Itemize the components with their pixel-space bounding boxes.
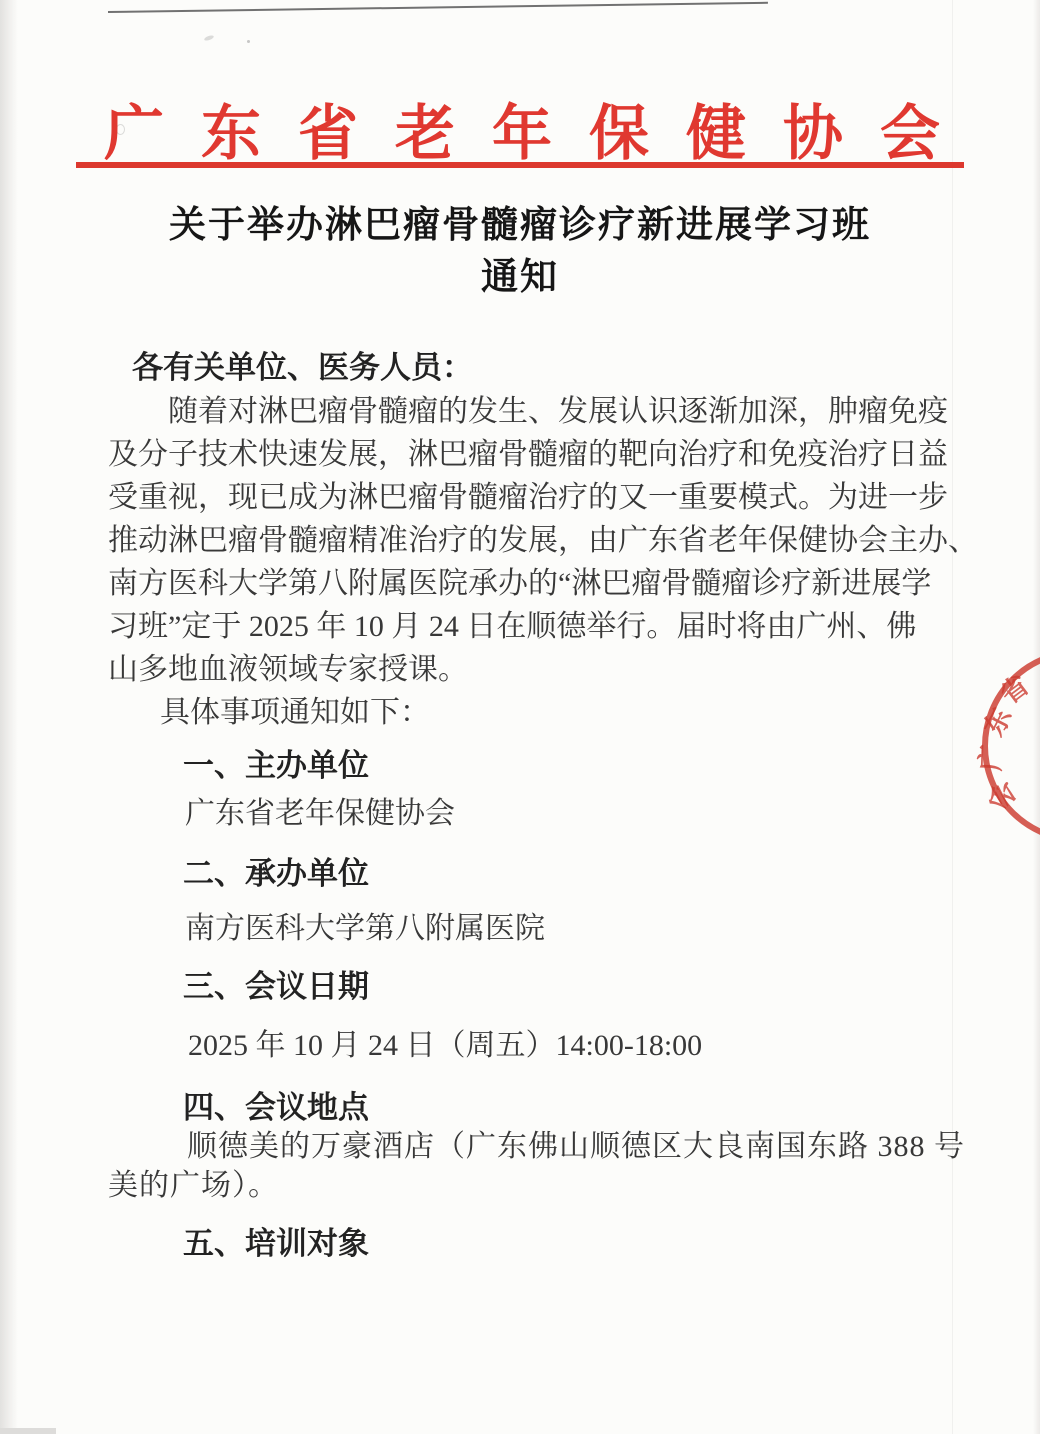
scan-speck — [247, 40, 250, 43]
intro-line: 南方医科大学第八附属医院承办的“淋巴瘤骨髓瘤诊疗新进展学 — [108, 558, 931, 602]
section-1-content: 广东省老年保健协会 — [185, 788, 455, 832]
seal-char: 省 — [995, 670, 1035, 710]
scan-top-artifact-line — [108, 2, 768, 13]
letterhead-org-name: 广东省老年保健协会 — [104, 86, 1004, 172]
intro-line: 随着对淋巴瘤骨髓瘤的发生、发展认识逐渐加深，肿瘤免疫 — [168, 386, 948, 430]
scan-bottom-mark — [0, 1428, 56, 1434]
intro-line: 习班”定于 2025 年 10 月 24 日在顺德举行。届时将由广州、佛 — [108, 601, 916, 645]
section-5-heading: 五、培训对象 — [183, 1218, 369, 1263]
lead-in-line: 具体事项通知如下： — [160, 687, 430, 731]
intro-line: 推动淋巴瘤骨髓瘤精准治疗的发展，由广东省老年保健协会主办、 — [108, 515, 978, 559]
section-4-content-line1: 顺德美的万豪酒店（广东佛山顺德区大良南国东路 388 号 — [187, 1121, 965, 1165]
official-seal-stamp: 省 东 广 会 — [975, 640, 1040, 850]
section-4-content-line2: 美的广场）。 — [108, 1160, 279, 1204]
scan-speck — [204, 34, 215, 41]
section-2-heading: 二、承办单位 — [183, 848, 369, 893]
intro-line: 山多地血液领域专家授课。 — [108, 644, 468, 688]
doc-title-line1: 关于举办淋巴瘤骨髓瘤诊疗新进展学习班 — [0, 194, 1040, 248]
seal-char: 广 — [976, 744, 1007, 772]
section-3-content: 2025 年 10 月 24 日（周五）14:00-18:00 — [188, 1020, 702, 1064]
salutation: 各有关单位、医务人员： — [132, 342, 473, 387]
section-2-content: 南方医科大学第八附属医院 — [185, 903, 545, 947]
scanned-notice-page: 广东省老年保健协会 关于举办淋巴瘤骨髓瘤诊疗新进展学习班 通知 各有关单位、医务… — [0, 0, 1040, 1434]
seal-char: 会 — [982, 777, 1021, 815]
intro-line: 及分子技术快速发展，淋巴瘤骨髓瘤的靶向治疗和免疫治疗日益 — [108, 429, 948, 473]
section-3-heading: 三、会议日期 — [183, 961, 369, 1006]
letterhead-red-rule — [76, 162, 964, 168]
doc-title-line2: 通知 — [0, 246, 1040, 300]
intro-line: 受重视，现已成为淋巴瘤骨髓瘤治疗的又一重要模式。为进一步 — [108, 472, 948, 516]
section-1-heading: 一、主办单位 — [183, 740, 369, 785]
